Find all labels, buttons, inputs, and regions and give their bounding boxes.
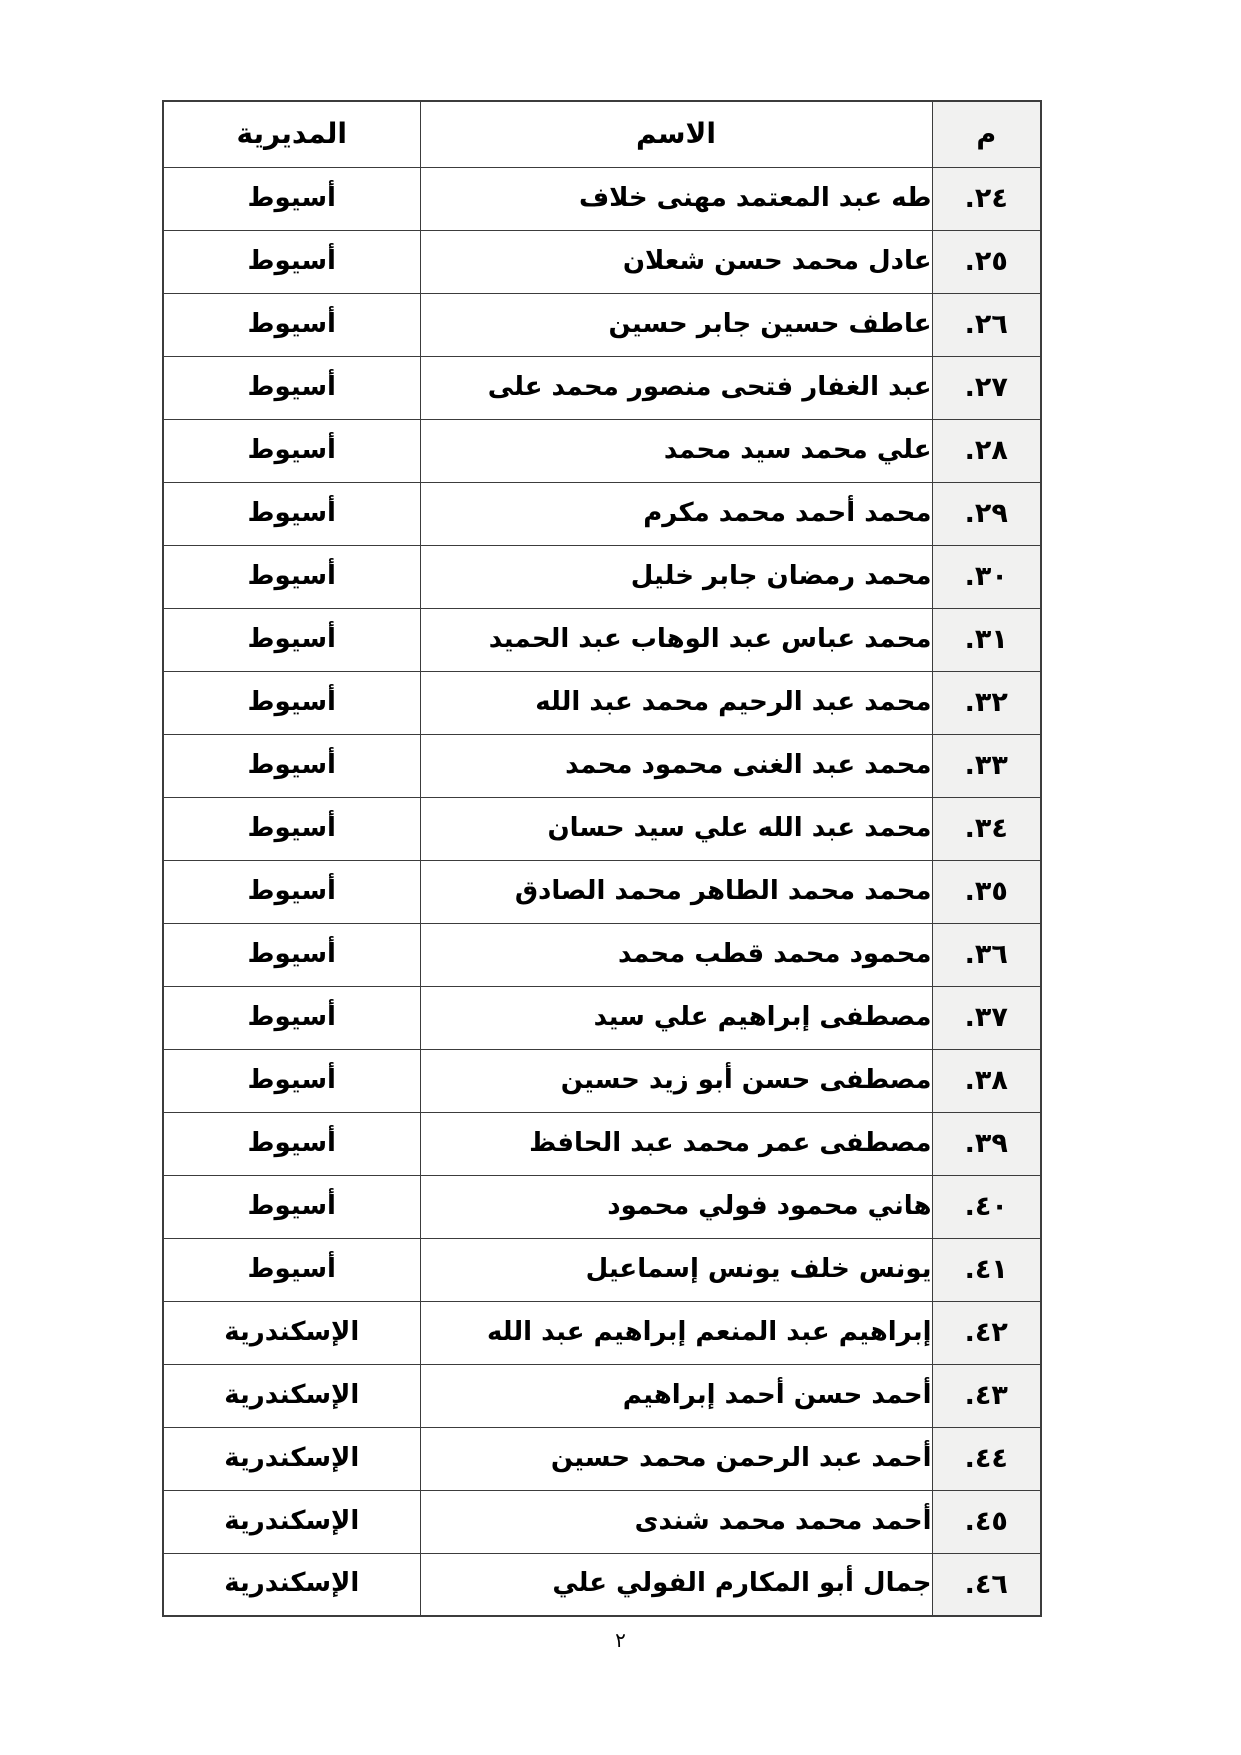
- cell-serial: ٢٨.: [932, 419, 1041, 482]
- header-cell-serial: م: [932, 101, 1041, 167]
- cell-directorate: أسيوط: [163, 1238, 420, 1301]
- cell-name: محمد عباس عبد الوهاب عبد الحميد: [420, 608, 932, 671]
- cell-name: محمد عبد الرحيم محمد عبد الله: [420, 671, 932, 734]
- table-row: ٢٧. عبد الغفار فتحى منصور محمد على أسيوط: [163, 356, 1041, 419]
- cell-serial: ٤٦.: [932, 1553, 1041, 1616]
- cell-serial: ٣٤.: [932, 797, 1041, 860]
- table-row: ٢٤. طه عبد المعتمد مهنى خلاف أسيوط: [163, 167, 1041, 230]
- cell-serial: ٣٢.: [932, 671, 1041, 734]
- table-row: ٣٦. محمود محمد قطب محمد أسيوط: [163, 923, 1041, 986]
- cell-directorate: الإسكندرية: [163, 1301, 420, 1364]
- table-row: ٣٩. مصطفى عمر محمد عبد الحافظ أسيوط: [163, 1112, 1041, 1175]
- cell-name: جمال أبو المكارم الفولي علي: [420, 1553, 932, 1616]
- cell-name: محمد أحمد محمد مكرم: [420, 482, 932, 545]
- cell-name: أحمد عبد الرحمن محمد حسين: [420, 1427, 932, 1490]
- roster-table-body: ٢٤. طه عبد المعتمد مهنى خلاف أسيوط ٢٥. ع…: [163, 167, 1041, 1616]
- cell-name: أحمد حسن أحمد إبراهيم: [420, 1364, 932, 1427]
- cell-serial: ٣٩.: [932, 1112, 1041, 1175]
- cell-serial: ٢٦.: [932, 293, 1041, 356]
- cell-name: محمد محمد الطاهر محمد الصادق: [420, 860, 932, 923]
- cell-serial: ٢٤.: [932, 167, 1041, 230]
- table-row: ٣٥. محمد محمد الطاهر محمد الصادق أسيوط: [163, 860, 1041, 923]
- header-cell-name: الاسم: [420, 101, 932, 167]
- cell-directorate: الإسكندرية: [163, 1490, 420, 1553]
- table-row: ٢٦. عاطف حسين جابر حسين أسيوط: [163, 293, 1041, 356]
- cell-directorate: أسيوط: [163, 1112, 420, 1175]
- table-row: ٤٦. جمال أبو المكارم الفولي علي الإسكندر…: [163, 1553, 1041, 1616]
- cell-directorate: الإسكندرية: [163, 1364, 420, 1427]
- cell-name: عبد الغفار فتحى منصور محمد على: [420, 356, 932, 419]
- cell-directorate: أسيوط: [163, 293, 420, 356]
- table-row: ٤٣. أحمد حسن أحمد إبراهيم الإسكندرية: [163, 1364, 1041, 1427]
- cell-name: مصطفى حسن أبو زيد حسين: [420, 1049, 932, 1112]
- cell-serial: ٤١.: [932, 1238, 1041, 1301]
- page-number: ٢: [0, 1628, 1241, 1652]
- cell-name: طه عبد المعتمد مهنى خلاف: [420, 167, 932, 230]
- cell-name: محمد رمضان جابر خليل: [420, 545, 932, 608]
- cell-directorate: أسيوط: [163, 1175, 420, 1238]
- cell-serial: ٣٧.: [932, 986, 1041, 1049]
- cell-serial: ٢٥.: [932, 230, 1041, 293]
- table-row: ٢٩. محمد أحمد محمد مكرم أسيوط: [163, 482, 1041, 545]
- cell-directorate: أسيوط: [163, 230, 420, 293]
- cell-serial: ٤٠.: [932, 1175, 1041, 1238]
- cell-directorate: أسيوط: [163, 1049, 420, 1112]
- table-row: ٢٥. عادل محمد حسن شعلان أسيوط: [163, 230, 1041, 293]
- cell-directorate: أسيوط: [163, 482, 420, 545]
- cell-name: محمود محمد قطب محمد: [420, 923, 932, 986]
- cell-directorate: أسيوط: [163, 734, 420, 797]
- cell-serial: ٣١.: [932, 608, 1041, 671]
- table-row: ٤٤. أحمد عبد الرحمن محمد حسين الإسكندرية: [163, 1427, 1041, 1490]
- cell-directorate: الإسكندرية: [163, 1427, 420, 1490]
- cell-directorate: أسيوط: [163, 167, 420, 230]
- cell-serial: ٤٥.: [932, 1490, 1041, 1553]
- cell-name: مصطفى عمر محمد عبد الحافظ: [420, 1112, 932, 1175]
- document-page: م الاسم المديرية ٢٤. طه عبد المعتمد مهنى…: [0, 0, 1241, 1755]
- cell-name: يونس خلف يونس إسماعيل: [420, 1238, 932, 1301]
- cell-name: محمد عبد الغنى محمود محمد: [420, 734, 932, 797]
- cell-directorate: أسيوط: [163, 923, 420, 986]
- table-row: ٢٨. علي محمد سيد محمد أسيوط: [163, 419, 1041, 482]
- roster-table: م الاسم المديرية ٢٤. طه عبد المعتمد مهنى…: [162, 100, 1042, 1617]
- table-row: ٣٠. محمد رمضان جابر خليل أسيوط: [163, 545, 1041, 608]
- cell-directorate: أسيوط: [163, 797, 420, 860]
- cell-serial: ٣٨.: [932, 1049, 1041, 1112]
- table-row: ٤٥. أحمد محمد محمد شندى الإسكندرية: [163, 1490, 1041, 1553]
- cell-serial: ٣٥.: [932, 860, 1041, 923]
- header-cell-directorate: المديرية: [163, 101, 420, 167]
- cell-serial: ٢٩.: [932, 482, 1041, 545]
- cell-name: عادل محمد حسن شعلان: [420, 230, 932, 293]
- table-row: ٣٨. مصطفى حسن أبو زيد حسين أسيوط: [163, 1049, 1041, 1112]
- cell-name: عاطف حسين جابر حسين: [420, 293, 932, 356]
- cell-directorate: الإسكندرية: [163, 1553, 420, 1616]
- table-row: ٤١. يونس خلف يونس إسماعيل أسيوط: [163, 1238, 1041, 1301]
- header-row: م الاسم المديرية: [163, 101, 1041, 167]
- table-row: ٣١. محمد عباس عبد الوهاب عبد الحميد أسيو…: [163, 608, 1041, 671]
- table-row: ٣٣. محمد عبد الغنى محمود محمد أسيوط: [163, 734, 1041, 797]
- table-row: ٣٢. محمد عبد الرحيم محمد عبد الله أسيوط: [163, 671, 1041, 734]
- cell-directorate: أسيوط: [163, 671, 420, 734]
- cell-directorate: أسيوط: [163, 986, 420, 1049]
- cell-name: مصطفى إبراهيم علي سيد: [420, 986, 932, 1049]
- cell-directorate: أسيوط: [163, 356, 420, 419]
- cell-directorate: أسيوط: [163, 608, 420, 671]
- cell-directorate: أسيوط: [163, 419, 420, 482]
- cell-serial: ٤٣.: [932, 1364, 1041, 1427]
- cell-serial: ٣٠.: [932, 545, 1041, 608]
- cell-name: هاني محمود فولي محمود: [420, 1175, 932, 1238]
- cell-name: إبراهيم عبد المنعم إبراهيم عبد الله: [420, 1301, 932, 1364]
- cell-serial: ٣٣.: [932, 734, 1041, 797]
- table-row: ٣٧. مصطفى إبراهيم علي سيد أسيوط: [163, 986, 1041, 1049]
- table-row: ٤٠. هاني محمود فولي محمود أسيوط: [163, 1175, 1041, 1238]
- table-row: ٣٤. محمد عبد الله علي سيد حسان أسيوط: [163, 797, 1041, 860]
- cell-name: محمد عبد الله علي سيد حسان: [420, 797, 932, 860]
- table-row: ٤٢. إبراهيم عبد المنعم إبراهيم عبد الله …: [163, 1301, 1041, 1364]
- cell-directorate: أسيوط: [163, 545, 420, 608]
- cell-name: علي محمد سيد محمد: [420, 419, 932, 482]
- cell-directorate: أسيوط: [163, 860, 420, 923]
- cell-serial: ٢٧.: [932, 356, 1041, 419]
- cell-serial: ٤٤.: [932, 1427, 1041, 1490]
- roster-table-header: م الاسم المديرية: [163, 101, 1041, 167]
- cell-name: أحمد محمد محمد شندى: [420, 1490, 932, 1553]
- cell-serial: ٤٢.: [932, 1301, 1041, 1364]
- cell-serial: ٣٦.: [932, 923, 1041, 986]
